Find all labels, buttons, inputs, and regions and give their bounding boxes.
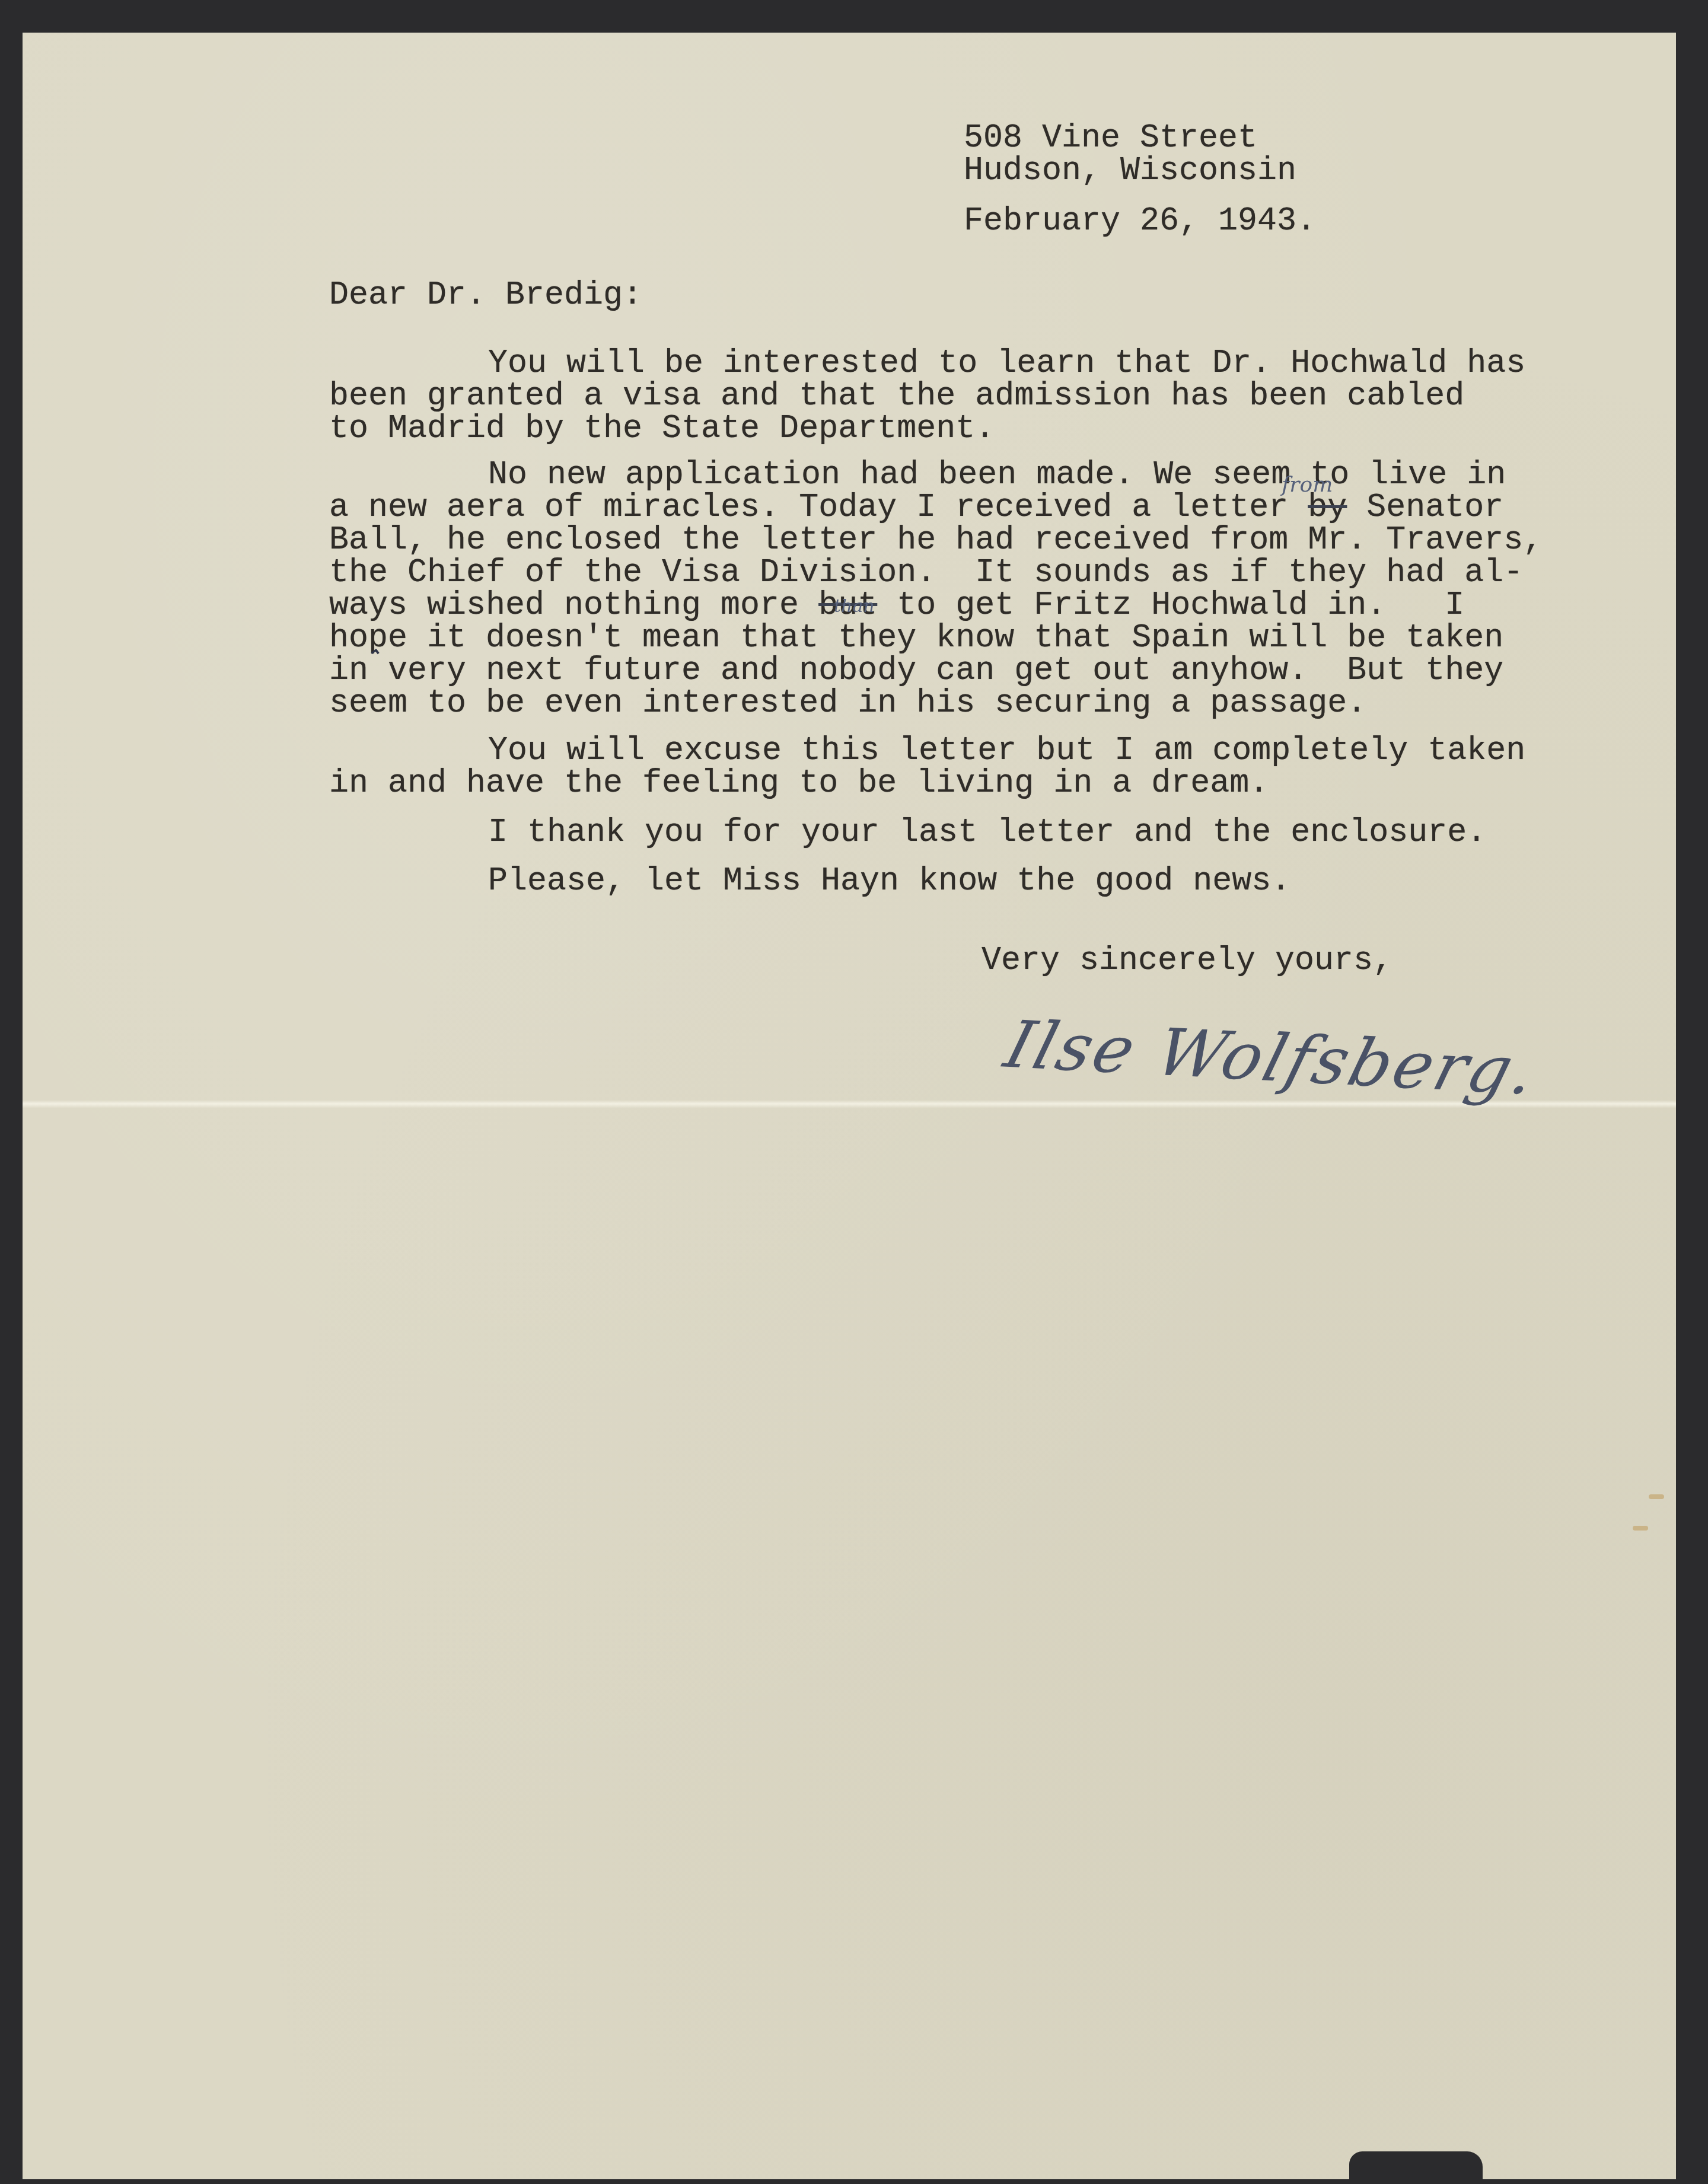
line-text: ways wished nothing more [329, 586, 818, 624]
paragraph-line: You will excuse this letter but I am com… [488, 734, 1525, 767]
paragraph-line: seem to be even interested in his securi… [329, 687, 1366, 719]
salutation: Dear Dr. Bredig: [329, 279, 642, 311]
paragraph-line: the Chief of the Visa Division. It sound… [329, 556, 1523, 589]
paragraph-4: I thank you for your last letter and the… [488, 816, 1486, 849]
paragraph-line: No new application had been made. We see… [488, 458, 1506, 491]
sender-city: Hudson, Wisconsin [964, 154, 1296, 187]
handwritten-correction: from [1282, 473, 1333, 497]
paper-stain [1649, 1494, 1664, 1499]
line-text: to get Fritz Hochwald in. I [877, 586, 1464, 624]
paragraph-5: Please, let Miss Hayn know the good news… [488, 865, 1290, 897]
paragraph-line: You will be interested to learn that Dr.… [488, 347, 1525, 380]
letter-page: 508 Vine Street Hudson, Wisconsin Februa… [23, 33, 1676, 2179]
torn-edge [1349, 2151, 1483, 2181]
paragraph-line: Ball, he enclosed the letter he had rece… [329, 524, 1543, 556]
paragraph-line: in and have the feeling to be living in … [329, 767, 1269, 799]
paragraph-line: to Madrid by the State Department. [329, 412, 995, 445]
letter-date: February 26, 1943. [964, 205, 1316, 237]
paragraph-line: hope it doesn't mean that they know that… [329, 621, 1503, 654]
paragraph-line: been granted a visa and that the admissi… [329, 380, 1464, 412]
paragraph-line: ways wished nothing more but to get Frit… [329, 589, 1464, 621]
closing: Very sincerely yours, [982, 944, 1392, 977]
line-text: Senator [1347, 489, 1503, 526]
handwritten-signature: Ilse Wolfsberg. [998, 1006, 1546, 1109]
sender-street: 508 Vine Street [964, 122, 1257, 154]
paragraph-line: in very next future and nobody can get o… [329, 654, 1503, 687]
paper-stain [1633, 1526, 1648, 1531]
line-text: a new aera of miracles. Today I received… [329, 489, 1308, 526]
handwritten-correction: than [834, 596, 875, 617]
